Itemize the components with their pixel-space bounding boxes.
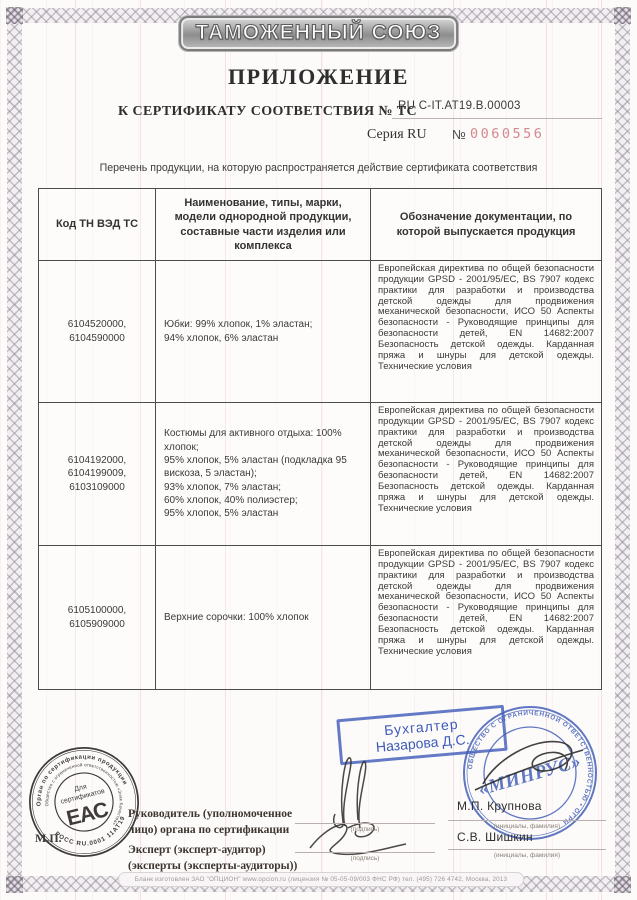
border-corner [6,876,23,893]
certificate-subtitle: К СЕРТИФИКАТУ СООТВЕТСТВИЯ № ТС [118,104,417,120]
head-signature-line [295,823,435,824]
table-row-1-doc: Европейская директива по общей безопасно… [371,261,601,403]
certificate-number-underline [392,118,602,119]
customs-union-badge: ТАМОЖЕННЫЙ СОЮЗ [179,16,459,51]
column-header-code: Код ТН ВЭД ТС [39,189,156,261]
expert-role-line1: Эксперт (эксперт-аудитор) [128,843,297,859]
head-name: М.П. Крупнова [457,799,542,813]
certificate-page: ТАМОЖЕННЫЙ СОЮЗ ПРИЛОЖЕНИЕ К СЕРТИФИКАТУ… [0,0,637,900]
table-row-2-name: Костюмы для активного отдыха: 100% хлопо… [156,403,371,546]
place-of-stamp-label: М.П. [35,831,62,846]
form-imprint: Бланк изготовлен ЗАО "ОПЦИОН" www.opcion… [118,872,524,887]
border-corner [614,7,631,24]
head-role-line2: лицо) органа по сертификации [128,823,292,839]
table-row-2-doc: Европейская директива по общей безопасно… [371,403,601,546]
table-row-1-name: Юбки: 99% хлопок, 1% эластан; 94% хлопок… [156,261,371,403]
expert-signature [300,818,415,860]
expert-signature-line [295,852,435,853]
expert-name-caption: (инициалы, фамилия) [448,852,606,859]
customs-union-badge-text: ТАМОЖЕННЫЙ СОЮЗ [196,21,442,45]
column-header-doc: Обозначение документации, по которой вып… [371,189,601,261]
form-imprint-text: Бланк изготовлен ЗАО "ОПЦИОН" www.opcion… [135,876,508,883]
expert-name: С.В. Шишкин [457,830,533,844]
expert-name-line [448,849,606,850]
head-signature-caption: (подпись) [295,826,435,833]
certificate-number: RU C-IT.AT19.B.00003 [398,100,521,112]
head-role-label: Руководитель (уполномоченное лицо) орган… [128,807,292,838]
series-label: Серия RU [367,127,427,143]
head-name-caption: (инициалы, фамилия) [448,823,606,830]
product-list-intro: Перечень продукции, на которую распростр… [0,162,637,174]
organization-stamp-name: «МИНРУС» [476,751,583,800]
product-table: Код ТН ВЭД ТС Наименование, типы, марки,… [38,188,602,690]
expert-role-label: Эксперт (эксперт-аудитор) (эксперты (экс… [128,843,297,874]
head-role-line1: Руководитель (уполномоченное [128,807,292,823]
table-row-3-doc: Европейская директива по общей безопасно… [371,546,601,689]
expert-signature-caption: (подпись) [295,855,435,862]
blank-number-sign: № [452,127,466,142]
border-right [615,8,630,892]
page-title: ПРИЛОЖЕНИЕ [0,64,637,90]
table-row-1-code: 6104520000, 6104590000 [39,261,156,403]
column-header-name: Наименование, типы, марки, модели одноро… [156,189,371,261]
table-row-3-name: Верхние сорочки: 100% хлопок [156,546,371,689]
border-corner [6,7,23,24]
blank-number: 0060556 [470,126,544,142]
table-row-3-code: 6105100000, 6105909000 [39,546,156,689]
head-name-line [448,820,606,821]
border-corner [614,876,631,893]
table-row-2-code: 6104192000, 6104199009, 6103109000 [39,403,156,546]
